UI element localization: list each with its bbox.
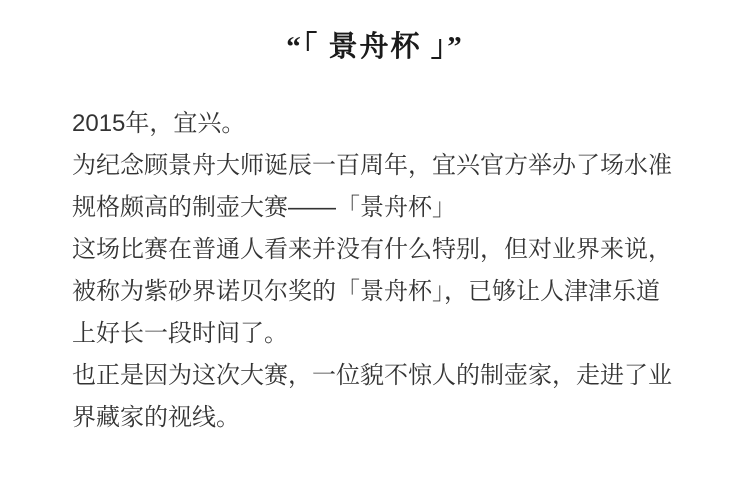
text-line: 这场比赛在普通人看来并没有什么特别，但对业界来说，: [72, 229, 680, 271]
article-body: 2015年，宜兴。 为纪念顾景舟大师诞辰一百周年，宜兴官方举办了场水准 规格颇高…: [72, 103, 680, 439]
text-line: 也正是因为这次大赛，一位貌不惊人的制壶家，走进了业: [72, 355, 680, 397]
text-line: 规格颇高的制壶大赛——「景舟杯」: [72, 187, 680, 229]
text-line: 2015年，宜兴。: [72, 103, 680, 145]
text-line: 为纪念顾景舟大师诞辰一百周年，宜兴官方举办了场水准: [72, 145, 680, 187]
article-page: “「 景舟杯 」” 2015年，宜兴。 为纪念顾景舟大师诞辰一百周年，宜兴官方举…: [0, 0, 750, 503]
text-line: 界藏家的视线。: [72, 397, 680, 439]
text-line: 被称为紫砂界诺贝尔奖的「景舟杯」，已够让人津津乐道: [72, 271, 680, 313]
text-line: 上好长一段时间了。: [72, 313, 680, 355]
article-title: “「 景舟杯 」”: [0, 0, 750, 62]
